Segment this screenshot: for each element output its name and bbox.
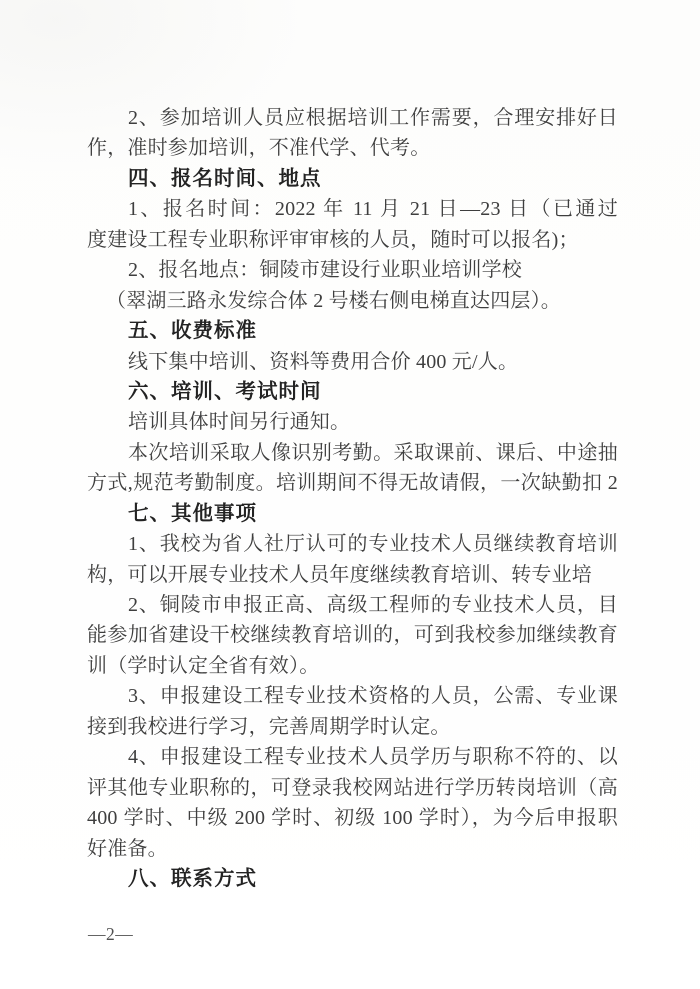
text-line: 能参加省建设干校继续教育培训的，可到我校参加继续教育培: [87, 620, 618, 650]
text-line: 3、申报建设工程专业技术资格的人员，公需、专业课可直: [87, 681, 618, 711]
text-line: 度建设工程专业职称评审审核的人员，随时可以报名)；: [87, 225, 618, 255]
text-line: 1、报名时间：2022 年 11 月 21 日—23 日（已通过 2022 年: [87, 194, 618, 224]
page-number: —2—: [88, 919, 133, 949]
text-line: 2、参加培训人员应根据培训工作需要，合理安排好日常工: [87, 103, 618, 133]
section-heading: 八、联系方式: [87, 864, 618, 894]
text-line: 训（学时认定全省有效）。: [87, 651, 618, 681]
text-line: 作，准时参加培训，不准代学、代考。: [87, 133, 618, 163]
document-page: 2、参加培训人员应根据培训工作需要，合理安排好日常工作，准时参加培训，不准代学、…: [0, 0, 700, 989]
section-heading: 六、培训、考试时间: [87, 377, 618, 407]
section-heading: 五、收费标准: [87, 316, 618, 346]
text-line: 线下集中培训、资料等费用合价 400 元/人。: [87, 347, 618, 377]
text-line: 1、我校为省人社厅认可的专业技术人员继续教育培训机: [87, 529, 618, 559]
text-line: （翠湖三路永发综合体 2 号楼右侧电梯直达四层）。: [87, 286, 618, 316]
text-line: 培训具体时间另行通知。: [87, 407, 618, 437]
text-line: 构，可以开展专业技术人员年度继续教育培训、转专业培训。: [87, 560, 618, 590]
text-line: 本次培训采取人像识别考勤。采取课前、课后、中途抽查: [87, 438, 618, 468]
text-line: 评其他专业职称的，可登录我校网站进行学历转岗培训（高级: [87, 773, 618, 803]
text-line: 方式,规范考勤制度。培训期间不得无故请假，一次缺勤扣 2 分。: [87, 468, 618, 498]
section-heading: 四、报名时间、地点: [87, 164, 618, 194]
document-body: 2、参加培训人员应根据培训工作需要，合理安排好日常工作，准时参加培训，不准代学、…: [87, 103, 618, 894]
text-line: 2、铜陵市申报正高、高级工程师的专业技术人员，目前未: [87, 590, 618, 620]
text-line: 好准备。: [87, 834, 618, 864]
text-line: 2、报名地点：铜陵市建设行业职业培训学校: [87, 255, 618, 285]
section-heading: 七、其他事项: [87, 499, 618, 529]
text-line: 4、申报建设工程专业技术人员学历与职称不符的、以及转: [87, 742, 618, 772]
text-line: 接到我校进行学习，完善周期学时认定。: [87, 712, 618, 742]
text-line: 400 学时、中级 200 学时、初级 100 学时），为今后申报职称做: [87, 803, 618, 833]
